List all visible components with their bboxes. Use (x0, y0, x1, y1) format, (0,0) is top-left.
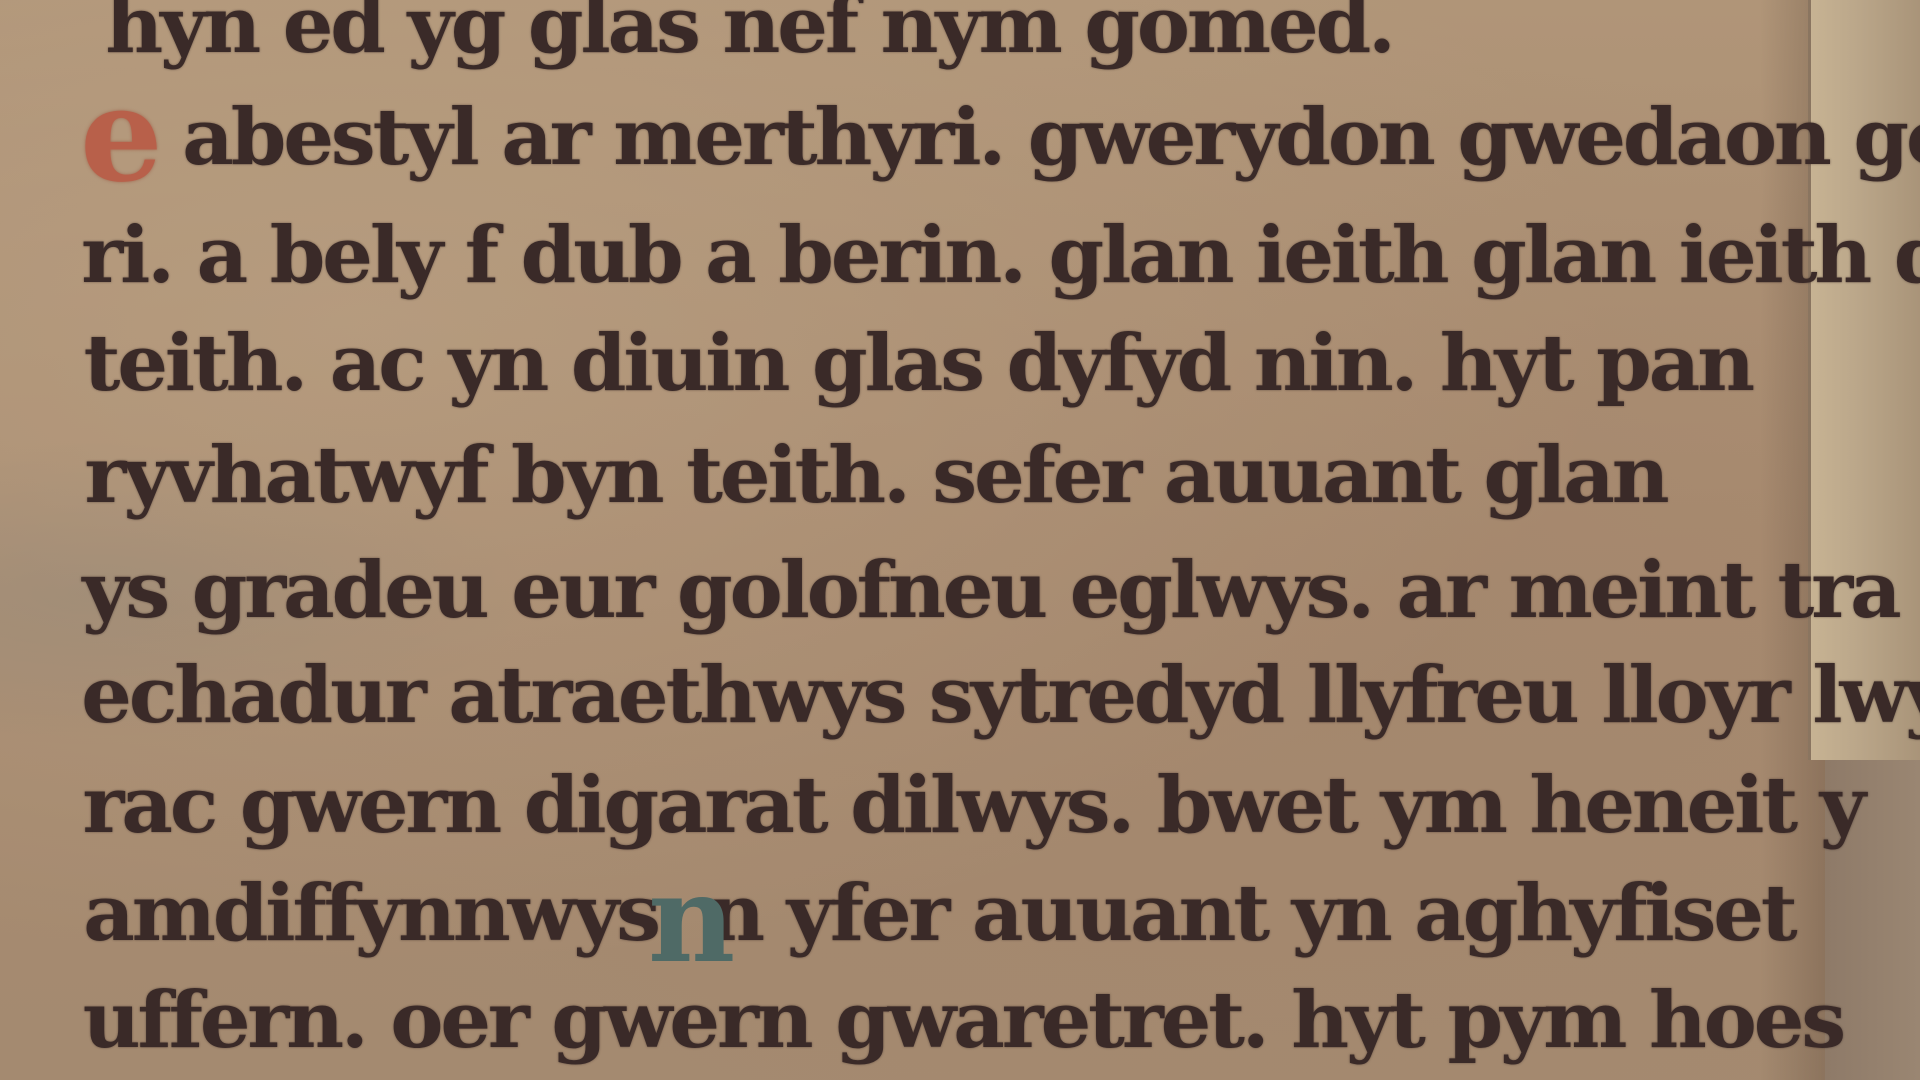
manuscript-line-5: ryvhatwyf byn teith. sefer auuant glan (84, 430, 1666, 521)
manuscript-line-7: echadur atraethwys sytredyd llyfreu lloy… (81, 650, 1920, 741)
manuscript-line-10: uffern. oer gwern gwaretret. hyt pym hoe… (83, 975, 1843, 1066)
manuscript-line-1: hyn ed yg glas nef nym gomed. (105, 0, 1392, 71)
blue-initial-letter: n (648, 860, 735, 980)
red-initial-letter: e (80, 70, 163, 200)
manuscript-line-6: ys gradeu eur golofneu eglwys. ar meint … (82, 545, 1898, 636)
manuscript-line-9: amdiffynnwys. n yfer auuant yn aghyfiset (83, 868, 1794, 959)
manuscript-line-4: teith. ac yn diuin glas dyfyd nin. hyt p… (84, 318, 1752, 409)
manuscript-line-3: ri. a bely f dub a berin. glan ieith gla… (81, 210, 1920, 301)
manuscript-line-8: rac gwern digarat dilwys. bwet ym heneit… (83, 760, 1863, 851)
manuscript-line-2: abestyl ar merthyri. gwerydon gwedaon go… (182, 92, 1920, 183)
